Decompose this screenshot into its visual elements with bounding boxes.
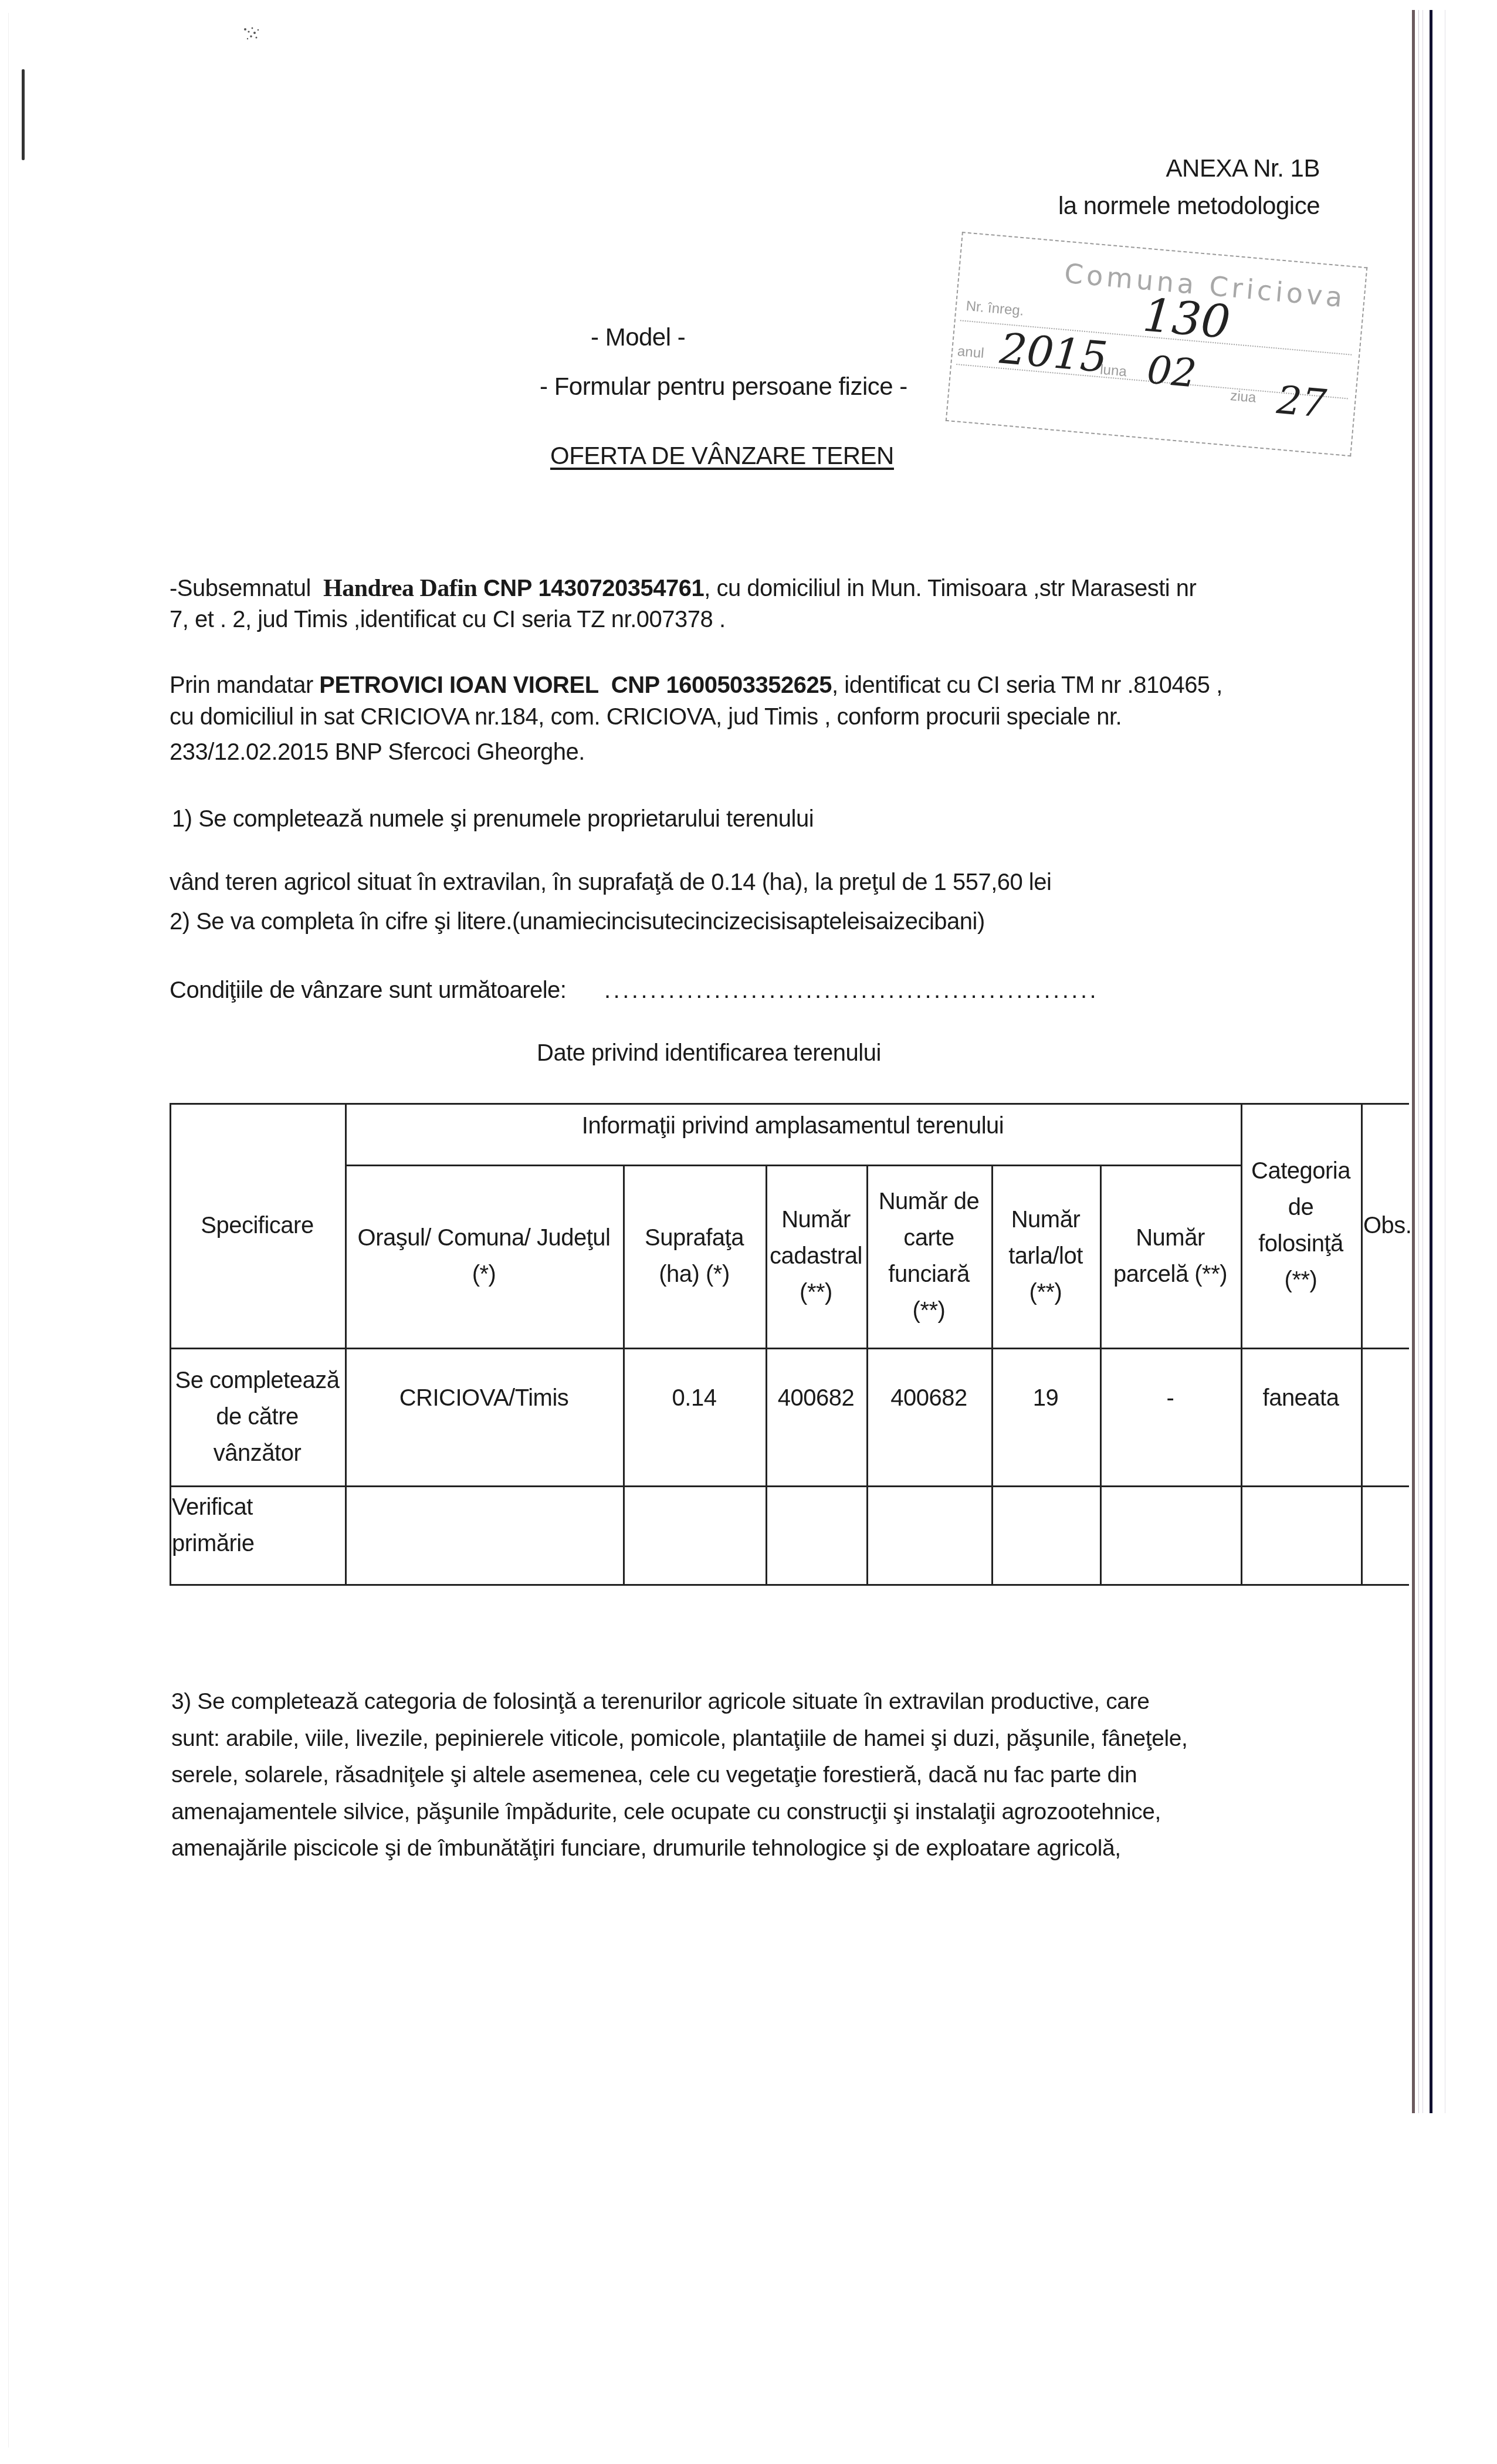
proxy-line-3: 233/12.02.2015 BNP Sfercoci Gheorghe.	[170, 740, 585, 764]
table-cell	[1361, 1348, 1409, 1485]
binder-mark	[22, 69, 25, 160]
model-label: - Model -	[591, 325, 685, 350]
registration-day: 27	[1275, 377, 1328, 427]
stamp-year-label: anul	[957, 343, 985, 362]
table-cell: faneata	[1241, 1348, 1361, 1485]
form-type: - Formular pentru persoane fizice -	[540, 374, 907, 399]
annex-subtitle: la normele metodologice	[1058, 194, 1320, 218]
column-header: Suprafaţa(ha) (*)	[623, 1165, 766, 1348]
verification-cell	[345, 1485, 623, 1584]
seller-address: , cu domiciliul in Mun. Timisoara ,str M…	[704, 576, 1196, 601]
stamp-day-label: ziua	[1230, 388, 1256, 407]
offer-currency: lei	[1022, 869, 1051, 895]
scan-edge-line	[1412, 10, 1415, 2113]
seller-name: Handrea Dafin	[323, 575, 477, 602]
table-cell: 19	[991, 1348, 1100, 1485]
proxy-id: , identificat cu CI seria TM nr .810465 …	[832, 672, 1222, 698]
column-header-categoria: Categoriadefolosinţă(**)	[1241, 1103, 1361, 1348]
scan-edge-line	[1423, 10, 1423, 2113]
footnote-3: 3) Se completează categoria de folosinţă…	[171, 1684, 1344, 1867]
offer-price: 1 557,60	[934, 869, 1023, 895]
table-cell: -	[1100, 1348, 1241, 1485]
verification-cell	[1241, 1485, 1361, 1584]
stamp-month-label: luna	[1099, 361, 1127, 380]
table-rule	[170, 1584, 1409, 1586]
document-title: OFERTA DE VÂNZARE TEREN	[550, 444, 894, 468]
offer-statement: vând teren agricol situat în extravilan,…	[170, 871, 1051, 894]
registration-year: 2015	[998, 324, 1109, 383]
column-header: Numărtarla/lot(**)	[991, 1165, 1100, 1348]
proxy-name: PETROVICI IOAN VIOREL	[319, 672, 598, 698]
table-title: Date privind identificarea terenului	[537, 1041, 881, 1065]
column-header: Numărcadastral(**)	[766, 1165, 866, 1348]
verification-cell	[623, 1485, 766, 1584]
offer-text: (ha), la preţul de	[756, 869, 934, 895]
verification-cell	[1361, 1485, 1409, 1584]
footnote-2: 2) Se va completa în cifre şi litere.(un…	[170, 910, 985, 933]
verification-cell	[991, 1485, 1100, 1584]
proxy-cnp: 1600503352625	[666, 672, 832, 698]
conditions-label: Condiţiile de vânzare sunt următoarele:	[170, 979, 566, 1002]
scan-edge-line	[1430, 10, 1432, 2113]
column-header: Numărparcelă (**)	[1100, 1165, 1241, 1348]
footnote-3-line: sunt: arabile, viile, livezile, pepinier…	[171, 1721, 1344, 1758]
proxy-line-1: Prin mandatar PETROVICI IOAN VIOREL CNP …	[170, 673, 1222, 697]
scan-edge-line	[1418, 10, 1419, 2113]
footnote-3-line: amenajamentele silvice, păşunile împădur…	[171, 1794, 1344, 1831]
table-cell: 400682	[766, 1348, 866, 1485]
proxy-prefix: Prin mandatar	[170, 672, 313, 698]
registration-month: 02	[1145, 347, 1198, 397]
offer-area: 0.14	[711, 869, 756, 895]
verification-cell	[866, 1485, 991, 1584]
row-label: Se completeazăde cătrevânzător	[170, 1348, 345, 1485]
seller-line-2: 7, et . 2, jud Timis ,identificat cu CI …	[170, 608, 726, 631]
table-cell: CRICIOVA/Timis	[345, 1348, 623, 1485]
row-label: Verificatprimărie	[170, 1485, 345, 1584]
seller-cnp: 1430720354761	[538, 576, 705, 601]
scan-edge-line	[1445, 10, 1445, 2113]
proxy-line-2: cu domiciliul in sat CRICIOVA nr.184, co…	[170, 705, 1122, 729]
column-header-obs: Obs.	[1361, 1103, 1411, 1348]
verification-cell	[766, 1485, 866, 1584]
conditions-blank: ........................................…	[604, 979, 1099, 1002]
annex-number: ANEXA Nr. 1B	[1166, 156, 1320, 181]
verification-cell	[1100, 1485, 1241, 1584]
seller-prefix: -Subsemnatul	[170, 576, 311, 601]
registration-stamp: Comuna Criciova Nr. înreg. 130 anul 2015…	[946, 232, 1365, 454]
footnote-3-line: serele, solarele, răsadniţele şi altele …	[171, 1757, 1344, 1794]
column-header: Oraşul/ Comuna/ Judeţul(*)	[345, 1165, 623, 1348]
column-header-specificare: Specificare	[170, 1103, 345, 1348]
table-group-header: Informaţii privind amplasamentul terenul…	[345, 1103, 1241, 1144]
land-identification-table: Informaţii privind amplasamentul terenul…	[170, 1103, 1409, 1584]
footnote-3-line: amenajările piscicole şi de îmbunătăţiri…	[171, 1830, 1344, 1867]
table-cell: 0.14	[623, 1348, 766, 1485]
seller-cnp-label: CNP	[483, 576, 532, 601]
page-edge	[8, 13, 9, 2448]
seller-line-1: -Subsemnatul Handrea Dafin CNP 143072035…	[170, 576, 1196, 601]
footnote-3-line: 3) Se completează categoria de folosinţă…	[171, 1684, 1344, 1721]
table-cell: 400682	[866, 1348, 991, 1485]
offer-text: vând teren agricol situat în extravilan,…	[170, 869, 711, 895]
registration-number: 130	[1141, 289, 1232, 350]
footnote-1: 1) Se completează numele şi prenumele pr…	[172, 807, 814, 831]
proxy-cnp-label: CNP	[611, 672, 660, 698]
scan-speck	[241, 25, 264, 43]
column-header: Număr decartefunciară(**)	[866, 1165, 991, 1348]
